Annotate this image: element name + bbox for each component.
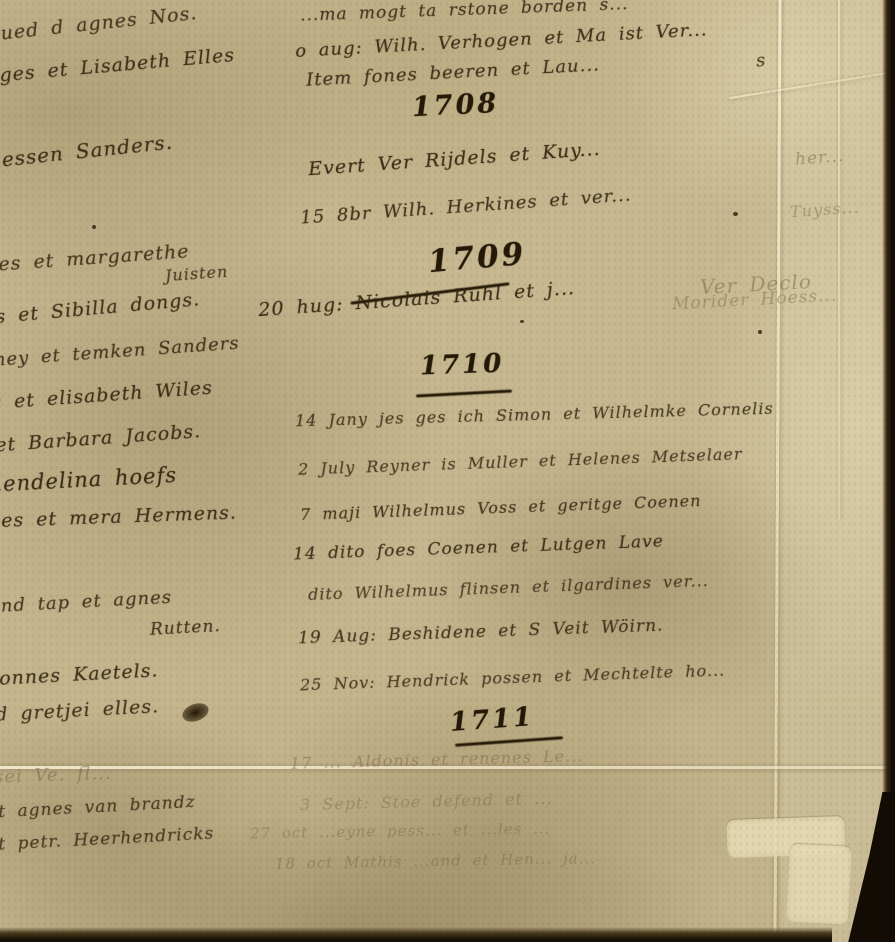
repair-patch xyxy=(786,843,852,924)
bottom-scan-edge xyxy=(0,927,832,942)
register-entry-line: s xyxy=(755,50,767,72)
secondary-vertical-crease xyxy=(838,0,840,520)
manuscript-scan: ...gued d agnes Nos. ...ges et Lisabeth … xyxy=(0,0,895,942)
year-heading-1710: 1710 xyxy=(420,349,505,382)
ink-speck xyxy=(92,225,96,229)
ink-speck xyxy=(758,330,762,334)
year-heading-1708: 1708 xyxy=(411,88,500,124)
register-fragment: her... xyxy=(794,146,845,169)
register-entry-line: Rutten. xyxy=(150,616,222,640)
ink-speck xyxy=(733,212,738,216)
ink-speck xyxy=(520,320,524,323)
year-heading-1711: 1711 xyxy=(449,702,535,738)
